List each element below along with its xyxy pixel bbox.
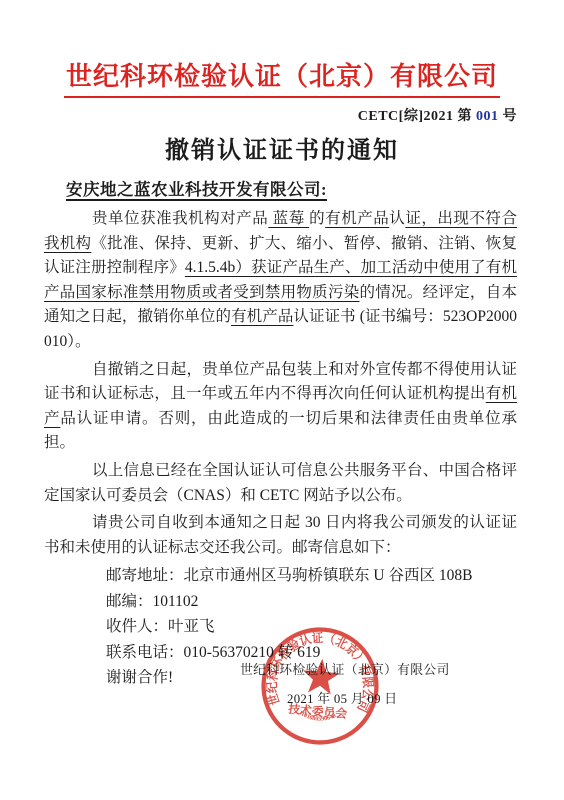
underlined-segment: 有机产品 bbox=[231, 308, 293, 325]
seal-star-icon bbox=[301, 657, 341, 695]
paragraph-1: 贵单位获准我机构对产品 蓝莓 的有机产品认证，出现不符合我机构《批准、保持、更新… bbox=[44, 207, 517, 355]
addressee: 安庆地之蓝农业科技开发有限公司: bbox=[66, 176, 327, 200]
document-page: 世纪科环检验认证（北京）有限公司 CETC[综]2021 第 001 号 撤销认… bbox=[0, 0, 564, 800]
paragraph-2: 自撤销之日起，贵单位产品包装上和对外宣传都不得使用认证证书和认证标志，且一年或五… bbox=[44, 358, 517, 456]
text-segment: 贵单位获准我机构对产品 bbox=[92, 210, 268, 227]
ref-number: 001 bbox=[476, 109, 499, 124]
letter-body: 安庆地之蓝农业科技开发有限公司: 贵单位获准我机构对产品 蓝莓 的有机产品认证，… bbox=[44, 176, 517, 690]
paragraph-4: 请贵公司自收到本通知之日起 30 日内将我公司颁发的认证证书和未使用的认证标志交… bbox=[44, 511, 517, 560]
document-ref-line: CETC[综]2021 第 001 号 bbox=[0, 105, 564, 125]
text-segment: 的 bbox=[309, 210, 325, 227]
company-letterhead-title: 世纪科环检验认证（北京）有限公司 bbox=[64, 56, 500, 98]
letterhead-wrap: 世纪科环检验认证（北京）有限公司 bbox=[0, 56, 564, 98]
notice-title: 撤销认证证书的通知 bbox=[0, 130, 564, 165]
mail-address: 邮寄地址：北京市通州区马驹桥镇联东 U 谷西区 108B bbox=[106, 563, 517, 588]
ref-prefix: CETC[综]2021 第 bbox=[358, 109, 476, 124]
official-seal-stamp: 世纪科环检验认证（北京）有限公司 技术委员会 1101080590648 bbox=[254, 620, 386, 752]
text-segment: 自撤销之日起，贵单位产品包装上和对外宣传都不得使用认证证书和认证标志，且一年或五… bbox=[44, 361, 517, 403]
ref-suffix: 号 bbox=[499, 109, 518, 124]
paragraph-3: 以上信息已经在全国认证认可信息公共服务平台、中国合格评定国家认可委员会（CNAS… bbox=[44, 459, 517, 508]
underlined-segment: 蓝莓 bbox=[268, 210, 309, 227]
mail-postcode: 邮编：101102 bbox=[106, 589, 517, 614]
text-segment: 品认证申请。否则，由此造成的一切后果和法律责任由贵单位承担。 bbox=[44, 410, 517, 452]
text-segment: 认 bbox=[389, 210, 405, 227]
underlined-segment: 有机产品 bbox=[325, 210, 389, 227]
seal-graphic: 世纪科环检验认证（北京）有限公司 技术委员会 1101080590648 bbox=[254, 620, 386, 752]
